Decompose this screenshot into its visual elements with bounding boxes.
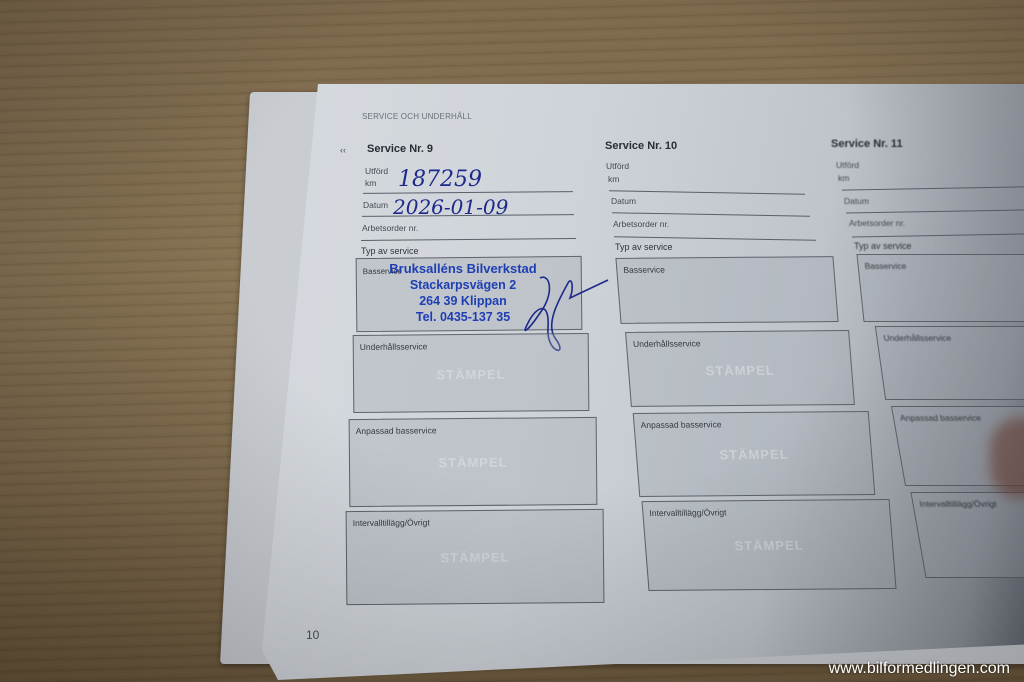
service-9-typ-label: Typ av service [361, 246, 419, 256]
service-10-basservice-box: Basservice [615, 256, 838, 324]
stamp-placeholder: STÄMPEL [636, 446, 871, 463]
box-label: Intervalltillägg/Övrigt [353, 517, 430, 528]
service-9-utford-label: Utförd [365, 166, 388, 176]
service-11-utford-label: Utförd [836, 160, 859, 170]
box-label: Anpassad basservice [640, 419, 722, 430]
service-11-datum-label: Datum [844, 196, 869, 206]
service-11-title: Service Nr. 11 [831, 138, 903, 150]
service-11-typ-label: Typ av service [854, 241, 912, 251]
finger-shadow [990, 418, 1024, 498]
box-label: Anpassad basservice [899, 413, 982, 423]
service-10-title: Service Nr. 10 [605, 140, 677, 152]
service-10-intervall-box: Intervalltillägg/Övrigt STÄMPEL [641, 499, 896, 591]
stamp-placeholder: STÄMPEL [350, 454, 596, 471]
service-10-typ-label: Typ av service [615, 242, 673, 252]
service-10-km-label: km [608, 174, 619, 184]
box-label: Underhållsservice [883, 333, 952, 343]
service-9-underhall-box: Underhållsservice STÄMPEL [353, 333, 590, 413]
service-9-datum-label: Datum [363, 200, 388, 210]
box-label: Underhållsservice [360, 341, 428, 352]
box-label: Intervalltillägg/Övrigt [649, 507, 727, 518]
service-9-km-label: km [365, 178, 376, 188]
service-9-intervall-box: Intervalltillägg/Övrigt STÄMPEL [346, 509, 605, 605]
stamp-placeholder: STÄMPEL [629, 362, 852, 379]
section-header: SERVICE OCH UNDERHÅLL [362, 112, 472, 121]
service-11-km-label: km [838, 173, 849, 183]
box-label: Basservice [864, 261, 907, 271]
box-label: Intervalltillägg/Övrigt [919, 499, 998, 509]
stamp-placeholder: STÄMPEL [347, 549, 603, 566]
service-10-underhall-box: Underhållsservice STÄMPEL [625, 330, 855, 407]
stamp-placeholder: STÄMPEL [354, 366, 588, 383]
service-10-arbetsorder-label: Arbetsorder nr. [613, 219, 669, 229]
service-10-utford-label: Utförd [606, 161, 629, 171]
service-10-datum-label: Datum [611, 196, 636, 206]
service-9-km-value: 187259 [398, 167, 482, 192]
page-number: 10 [306, 628, 319, 642]
stamp-placeholder: STÄMPEL [645, 537, 892, 554]
box-label: Underhållsservice [633, 338, 701, 349]
service-9-arbetsorder-label: Arbetsorder nr. [362, 223, 418, 233]
service-11-basservice-box: Basservice [856, 254, 1024, 322]
box-label: Anpassad basservice [356, 425, 437, 436]
service-9-title: Service Nr. 9 [367, 143, 433, 155]
service-9-anpassad-box: Anpassad basservice STÄMPEL [349, 417, 598, 507]
service-10-anpassad-box: Anpassad basservice STÄMPEL [633, 411, 876, 497]
service-11-intervall-box: Intervalltillägg/Övrigt [910, 492, 1024, 578]
double-chevron-left-icon: ‹‹ [340, 145, 346, 155]
box-label: Basservice [623, 265, 665, 275]
service-11-underhall-box: Underhållsservice [875, 326, 1024, 400]
service-11-arbetsorder-label: Arbetsorder nr. [849, 218, 905, 228]
watermark: www.bilformedlingen.com [829, 660, 1010, 678]
